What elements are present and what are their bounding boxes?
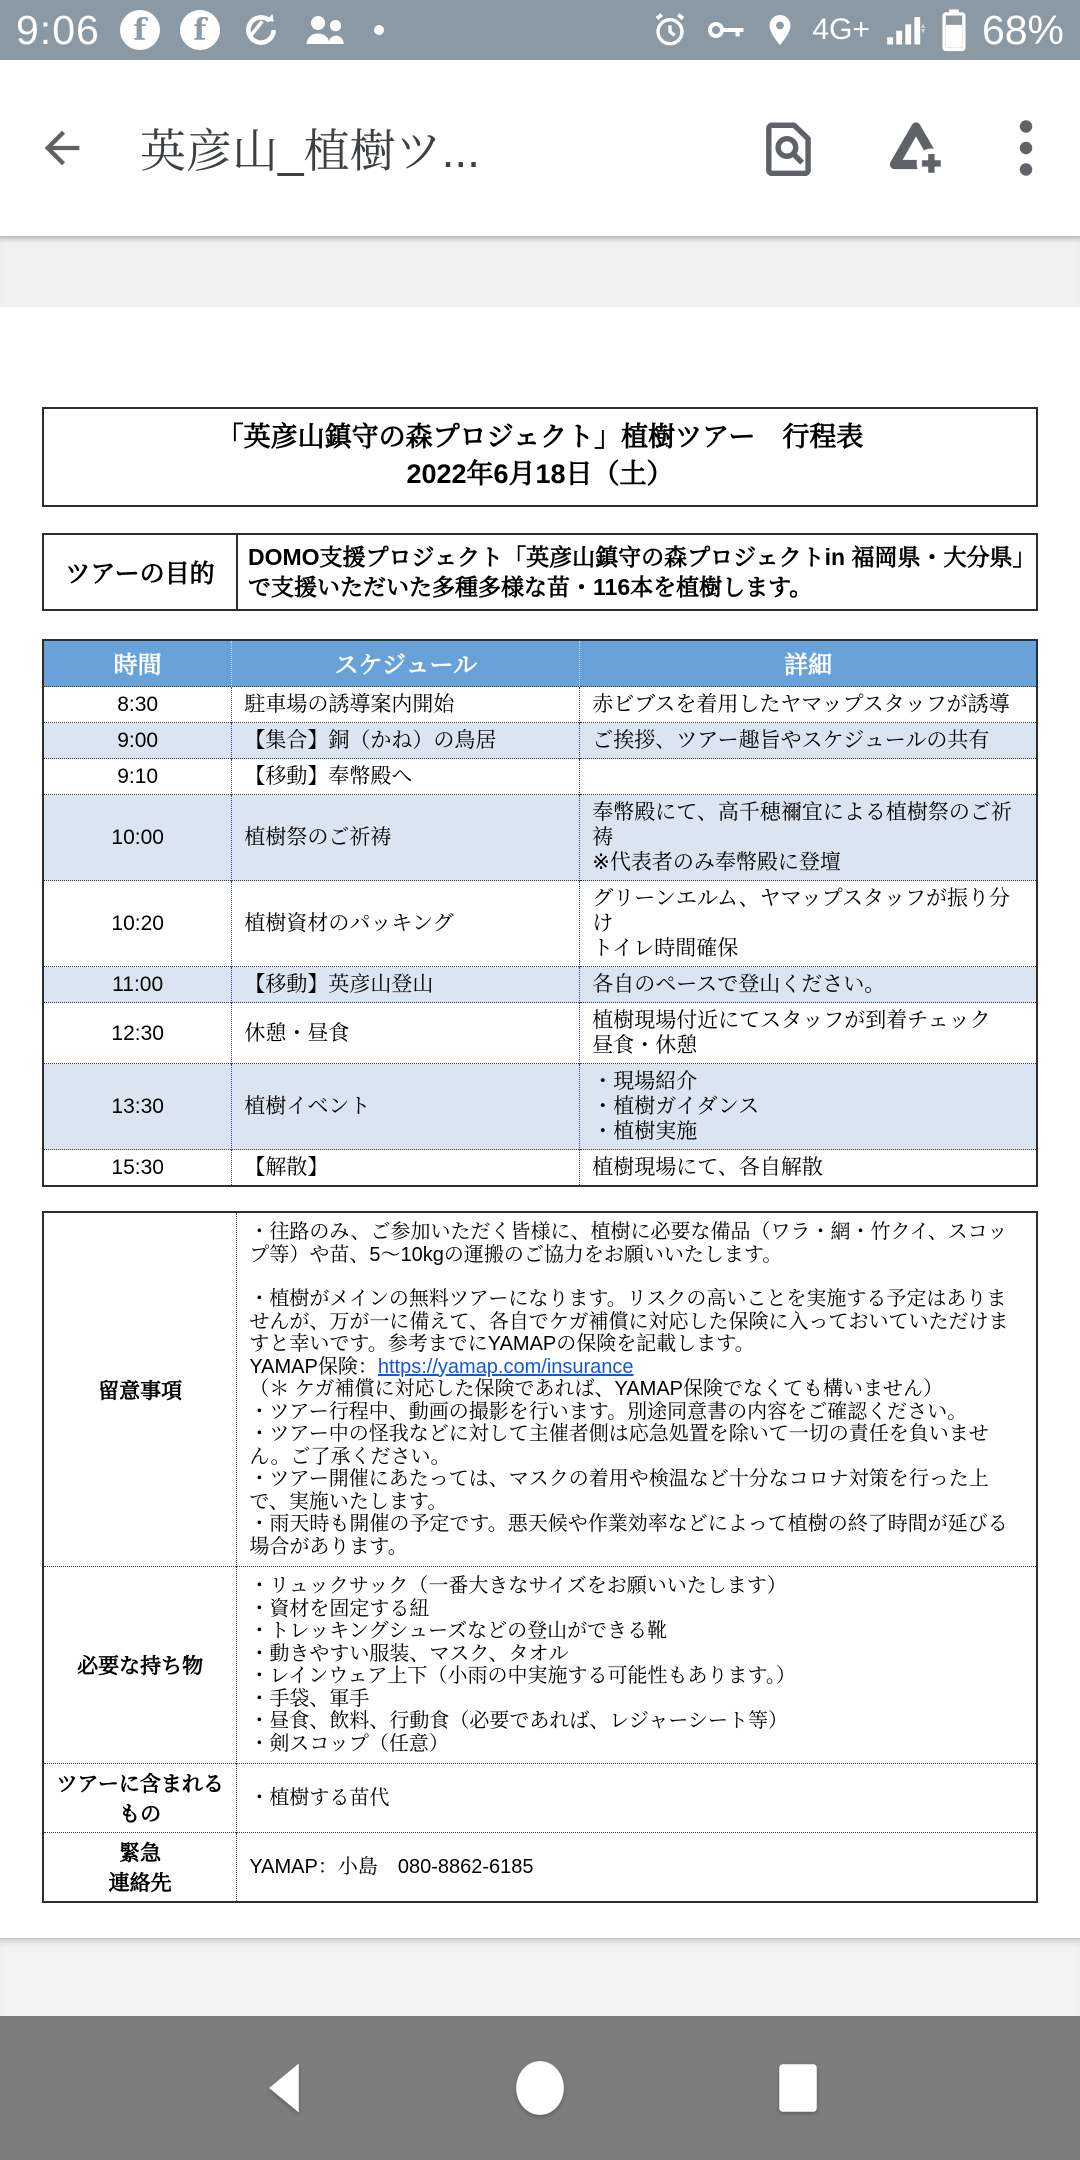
alarm-icon (650, 10, 690, 50)
schedule-detail: ご挨拶、ツアー趣旨やスケジュールの共有 (580, 723, 1037, 759)
insurance-link[interactable]: https://yamap.com/insurance (378, 1356, 634, 1378)
insurance-line: YAMAP保険：https://yamap.com/insurance (249, 1356, 1024, 1379)
note-label: 必要な持ち物 (43, 1567, 237, 1764)
schedule-time: 9:00 (43, 723, 232, 759)
sync-icon (240, 9, 282, 51)
note-content: ・植樹する苗代 (237, 1764, 1037, 1833)
note-paragraph: （＊ ケガ補償に対応した保険であれば、YAMAP保険でなくても構いません） ・ツ… (249, 1378, 1024, 1558)
notes-table: 留意事項 ・往路のみ、ご参加いただく皆様に、植樹に必要な備品（ワラ・網・竹クイ、… (42, 1211, 1038, 1903)
facebook-icon: f (180, 10, 220, 50)
table-row: 10:00 植樹祭のご祈祷 奉幣殿にて、高千穂禰宜による植樹祭のご祈祷 ※代表者… (43, 795, 1037, 881)
table-row: 13:30 植樹イベント ・現場紹介 ・植樹ガイダンス ・植樹実施 (43, 1064, 1037, 1150)
table-row: 15:30 【解散】 植樹現場にて、各自解散 (43, 1150, 1037, 1187)
viewer-background-top (0, 236, 1080, 307)
schedule-time: 10:00 (43, 795, 232, 881)
table-row: ツアーに含まれるもの ・植樹する苗代 (43, 1764, 1037, 1833)
schedule-item: 植樹祭のご祈祷 (232, 795, 580, 881)
schedule-item: 植樹イベント (232, 1064, 580, 1150)
key-icon (704, 10, 748, 50)
table-row: 10:20 植樹資材のパッキング グリーンエルム、ヤマップスタッフが振り分け ト… (43, 881, 1037, 967)
clock-time-label: 9:06 (16, 7, 100, 54)
table-row: 8:30 駐車場の誘導案内開始 赤ビブスを着用したヤマップスタッフが誘導 (43, 687, 1037, 723)
add-to-drive-icon (883, 115, 949, 181)
insurance-prefix: YAMAP保険： (249, 1356, 378, 1378)
blank-line (249, 1266, 1024, 1288)
overflow-menu-button[interactable] (1006, 112, 1046, 184)
notification-dot-icon (374, 25, 384, 35)
schedule-time: 8:30 (43, 687, 232, 723)
note-label: 緊急 連絡先 (43, 1833, 237, 1903)
table-row: 9:00 【集合】銅（かね）の鳥居 ご挨拶、ツアー趣旨やスケジュールの共有 (43, 723, 1037, 759)
doc-title-box: 「英彦山鎮守の森プロジェクト」植樹ツアー 行程表 2022年6月18日（土） (42, 407, 1038, 507)
viewer-background-bottom (0, 1938, 1080, 2017)
note-content: ・往路のみ、ご参加いただく皆様に、植樹に必要な備品（ワラ・網・竹クイ、スコップ等… (237, 1212, 1037, 1567)
schedule-item: 休憩・昼食 (232, 1003, 580, 1064)
purpose-table: ツアーの目的 DOMO支援プロジェクト「英彦山鎮守の森プロジェクトin 福岡県・… (42, 533, 1038, 611)
schedule-time: 9:10 (43, 759, 232, 795)
doc-title-line1: 「英彦山鎮守の森プロジェクト」植樹ツアー 行程表 (52, 419, 1028, 456)
add-to-drive-button[interactable] (880, 112, 952, 184)
purpose-label: ツアーの目的 (44, 535, 238, 609)
table-row: 必要な持ち物 ・リュックサック（一番大きなサイズをお願いいたします） ・資材を固… (43, 1567, 1037, 1764)
note-label: 留意事項 (43, 1212, 237, 1567)
schedule-detail: 植樹現場付近にてスタッフが到着チェック 昼食・休憩 (580, 1003, 1037, 1064)
schedule-detail: ・現場紹介 ・植樹ガイダンス ・植樹実施 (580, 1064, 1037, 1150)
status-bar: 9:06 f f 4G+ (0, 0, 1080, 60)
schedule-detail: 植樹現場にて、各自解散 (580, 1150, 1037, 1187)
schedule-time: 15:30 (43, 1150, 232, 1187)
battery-icon (940, 8, 968, 52)
purpose-text: DOMO支援プロジェクト「英彦山鎮守の森プロジェクトin 福岡県・大分県」で支援… (238, 535, 1036, 609)
navigation-bar (0, 2016, 1080, 2160)
schedule-detail: グリーンエルム、ヤマップスタッフが振り分け トイレ時間確保 (580, 881, 1037, 967)
note-paragraph: ・植樹がメインの無料ツアーになります。リスクの高いことを実施する予定はありません… (249, 1288, 1024, 1356)
location-icon (762, 10, 798, 50)
table-row: 9:10 【移動】奉幣殿へ (43, 759, 1037, 795)
document-page[interactable]: 「英彦山鎮守の森プロジェクト」植樹ツアー 行程表 2022年6月18日（土） ツ… (0, 307, 1080, 1938)
schedule-header-item: スケジュール (232, 640, 580, 687)
schedule-item: 【移動】奉幣殿へ (232, 759, 580, 795)
schedule-item: 駐車場の誘導案内開始 (232, 687, 580, 723)
schedule-item: 【解散】 (232, 1150, 580, 1187)
people-icon (302, 9, 348, 51)
battery-percent-label: 68% (982, 7, 1064, 54)
schedule-item: 【集合】銅（かね）の鳥居 (232, 723, 580, 759)
schedule-item: 【移動】英彦山登山 (232, 967, 580, 1003)
schedule-header-detail: 詳細 (580, 640, 1037, 687)
table-row: 11:00 【移動】英彦山登山 各自のペースで登山ください。 (43, 967, 1037, 1003)
nav-home-button[interactable] (507, 2055, 573, 2121)
recents-square-icon (773, 2060, 823, 2116)
back-button[interactable] (30, 116, 94, 180)
schedule-header-row: 時間 スケジュール 詳細 (43, 640, 1037, 687)
find-in-page-icon (759, 117, 821, 179)
home-circle-icon (509, 2055, 571, 2121)
schedule-detail: 赤ビブスを着用したヤマップスタッフが誘導 (580, 687, 1037, 723)
schedule-item: 植樹資材のパッキング (232, 881, 580, 967)
table-row: 12:30 休憩・昼食 植樹現場付近にてスタッフが到着チェック 昼食・休憩 (43, 1003, 1037, 1064)
nav-back-button[interactable] (249, 2055, 315, 2121)
app-bar: 英彦山_植樹ツ... (0, 60, 1080, 236)
schedule-detail: 奉幣殿にて、高千穂禰宜による植樹祭のご祈祷 ※代表者のみ奉幣殿に登壇 (580, 795, 1037, 881)
back-triangle-icon (254, 2057, 310, 2119)
table-row: 緊急 連絡先 YAMAP：小島 080-8862-6185 (43, 1833, 1037, 1903)
note-paragraph: ・往路のみ、ご参加いただく皆様に、植樹に必要な備品（ワラ・網・竹クイ、スコップ等… (249, 1221, 1024, 1266)
table-row: 留意事項 ・往路のみ、ご参加いただく皆様に、植樹に必要な備品（ワラ・網・竹クイ、… (43, 1212, 1037, 1567)
schedule-detail: 各自のペースで登山ください。 (580, 967, 1037, 1003)
overflow-menu-icon (1018, 118, 1034, 178)
schedule-time: 12:30 (43, 1003, 232, 1064)
facebook-icon: f (120, 10, 160, 50)
find-in-page-button[interactable] (754, 112, 826, 184)
document-title: 英彦山_植樹ツ... (140, 115, 754, 181)
doc-title-line2: 2022年6月18日（土） (52, 456, 1028, 493)
note-content: ・リュックサック（一番大きなサイズをお願いいたします） ・資材を固定する紐 ・ト… (237, 1567, 1037, 1764)
note-label: ツアーに含まれるもの (43, 1764, 237, 1833)
schedule-time: 13:30 (43, 1064, 232, 1150)
schedule-detail (580, 759, 1037, 795)
nav-recents-button[interactable] (765, 2055, 831, 2121)
schedule-table: 時間 スケジュール 詳細 8:30 駐車場の誘導案内開始 赤ビブスを着用したヤマ… (42, 639, 1038, 1187)
arrow-left-icon (36, 122, 88, 174)
schedule-time: 10:20 (43, 881, 232, 967)
schedule-time: 11:00 (43, 967, 232, 1003)
schedule-header-time: 時間 (43, 640, 232, 687)
network-type-label: 4G+ (812, 13, 870, 47)
signal-icon (884, 10, 926, 50)
note-content: YAMAP：小島 080-8862-6185 (237, 1833, 1037, 1903)
